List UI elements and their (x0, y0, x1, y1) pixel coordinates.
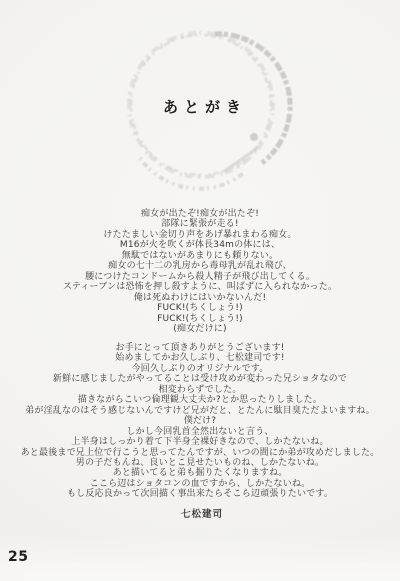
text-line: 新鮮に感じましたがやってることは受け攻めが変わった兄ショタなので (0, 374, 400, 384)
text-line: FUCK!(ちくしょう!) (0, 314, 400, 324)
text-line: FUCK!(ちくしょう!) (0, 303, 400, 313)
text-line: 弟が淫乱なのはそう感じないんですけど兄がだと、とたんに駄目臭ただよいますね。 (0, 406, 400, 416)
afterword-page: あとがき 痴女が出たぞ!痴女が出たぞ!部隊に緊張が走る!けたたましい金切り声をあ… (0, 0, 400, 581)
text-line: 部隊に緊張が走る! (0, 219, 400, 229)
author-signature: 七松建司 (2, 506, 400, 520)
page-title: あとがき (5, 96, 400, 117)
text-line: 痴女の七十二の乳房から毒母乳が乱れ飛び、 (0, 261, 400, 271)
afterword-comment-paragraph: お手にとって頂きありがとうございます!始めましてかお久しぶり、七松建司です!今回… (0, 343, 400, 500)
text-line: スティーブンは恐怖を押し殺すように、叫ばずに入られなかった。 (0, 282, 400, 292)
afterword-story-paragraph: 痴女が出たぞ!痴女が出たぞ!部隊に緊張が走る!けたたましい金切り声をあげ暴れまわ… (0, 209, 400, 334)
text-line: M16が火を吹くが体長34mの体には、 (0, 240, 400, 250)
text-line: 腰につけたコンドームから殺人精子が飛び出してくる。 (0, 272, 400, 282)
text-line: あと描いてると弟も掘りたくなりますね。 (0, 468, 400, 478)
text-line: 今回久しぶりのオリジナルです。 (0, 364, 400, 374)
text-line: 男の子だもんね、良いとこ見せたいものね、しかたないね。 (0, 458, 400, 468)
text-line: (痴女だけに) (0, 324, 400, 334)
text-line: 俺は死ぬわけにはいかないんだ! (0, 293, 400, 303)
text-line: 描きながらこいつ倫理観大丈夫か?とか思ったりしました。 (0, 395, 400, 405)
text-line: 僕だけ? (0, 416, 400, 426)
text-line: けたたましい金切り声をあげ暴れまわる痴女。 (0, 230, 400, 240)
text-line: 痴女が出たぞ!痴女が出たぞ! (0, 209, 400, 219)
text-line: ここら辺はショタコンの血ですから、しかたないね。 (0, 479, 400, 489)
text-line: あと最後まで兄上位で行こうと思ってたんですが、いつの間にか弟が攻めだしました。 (0, 448, 400, 458)
text-line: お手にとって頂きありがとうございます! (0, 343, 400, 353)
text-line: 始めましてかお久しぶり、七松建司です! (0, 353, 400, 363)
text-line: 相変わらずでした。 (0, 385, 400, 395)
text-line: 上半身はしっかり着て下半身全裸好きなので、しかたないね。 (0, 437, 400, 447)
text-line: もし反応良かって次回描く事出来たらそこら辺頑張りたいです。 (0, 489, 400, 499)
text-line: しかし今回乳首全然出ないと言う、 (0, 427, 400, 437)
page-number: 25 (8, 549, 28, 565)
text-line: 無駄ではないがあまりにも頼りない。 (0, 251, 400, 261)
